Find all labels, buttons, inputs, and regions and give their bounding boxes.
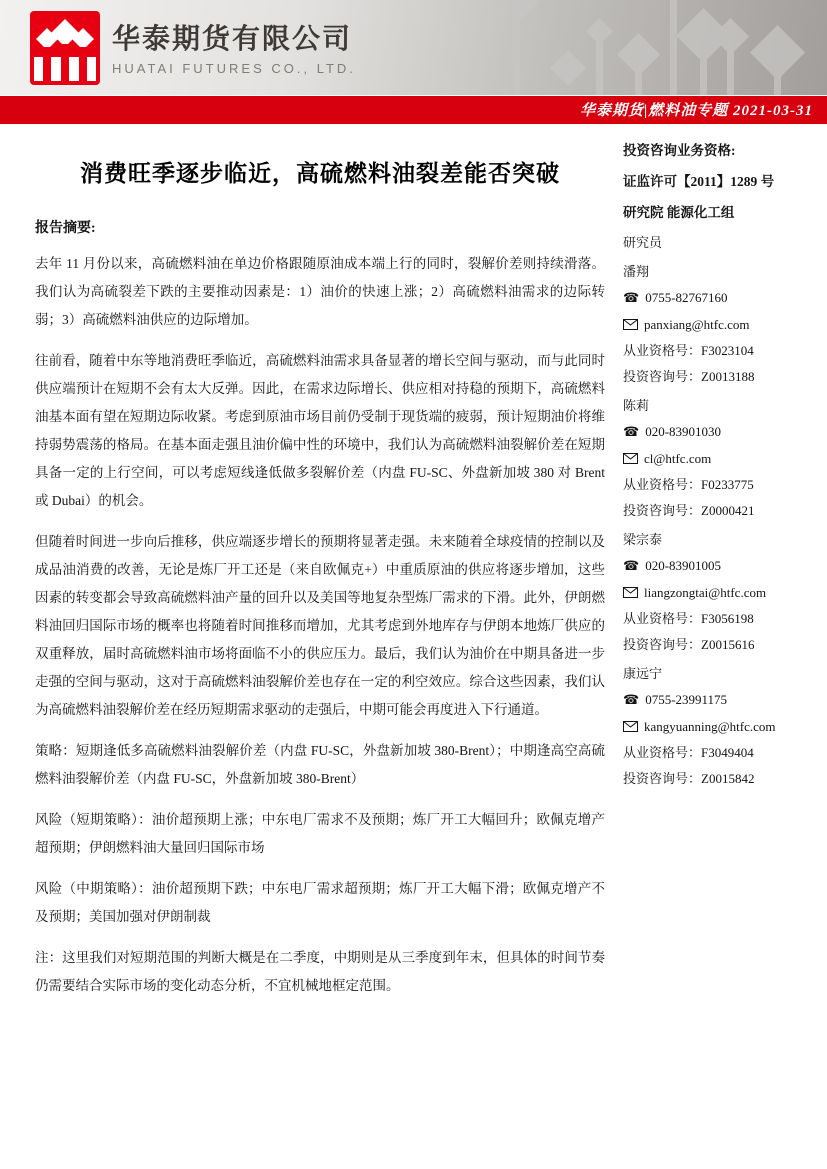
advisory-label: 投资咨询号： bbox=[623, 503, 701, 518]
analyst-phone: ☎0755-82767160 bbox=[623, 290, 810, 307]
analyst-license: 从业资格号：F3023104 bbox=[623, 343, 810, 359]
analyst-email: liangzongtai@htfc.com bbox=[623, 585, 810, 601]
company-name-en: HUATAI FUTURES CO., LTD. bbox=[112, 61, 356, 76]
summary-paragraph: 去年 11 月份以来，高硫燃料油在单边价格跟随原油成本端上行的同时，裂解价差则持… bbox=[35, 250, 605, 334]
analyst-email: kangyuanning@htfc.com bbox=[623, 719, 810, 735]
main-column: 消费旺季逐步临近，高硫燃料油裂差能否突破 报告摘要: 去年 11 月份以来，高硫… bbox=[35, 124, 605, 1000]
analyst-advisory: 投资咨询号：Z0013188 bbox=[623, 369, 810, 385]
summary-label: 报告摘要: bbox=[35, 217, 605, 237]
report-title: 消费旺季逐步临近，高硫燃料油裂差能否突破 bbox=[35, 155, 605, 188]
diamond-pattern-decoration bbox=[487, 0, 827, 95]
analyst-advisory: 投资咨询号：Z0015616 bbox=[623, 637, 810, 653]
advisory-number: Z0015842 bbox=[701, 771, 754, 786]
analyst-advisory: 投资咨询号：Z0000421 bbox=[623, 503, 810, 519]
report-series-banner: 华泰期货|燃料油专题 2021-03-31 bbox=[0, 95, 827, 124]
analyst-phone: ☎020-83901030 bbox=[623, 424, 810, 441]
advisory-label: 投资咨询号： bbox=[623, 637, 701, 652]
license-number: F3049404 bbox=[701, 745, 754, 760]
email-address: cl@htfc.com bbox=[644, 451, 711, 466]
summary-paragraph: 往前看，随着中东等地消费旺季临近，高硫燃料油需求具备显著的增长空间与驱动，而与此… bbox=[35, 347, 605, 515]
research-team: 研究院 能源化工组 bbox=[623, 204, 810, 221]
company-name-block: 华泰期货有限公司 HUATAI FUTURES CO., LTD. bbox=[112, 17, 356, 76]
analyst-phone: ☎0755-23991175 bbox=[623, 692, 810, 709]
license-number: F3023104 bbox=[701, 343, 754, 358]
risk-short-term-paragraph: 风险（短期策略）：油价超预期上涨；中东电厂需求不及预期；炼厂开工大幅回升；欧佩克… bbox=[35, 806, 605, 862]
advisory-number: Z0000421 bbox=[701, 503, 754, 518]
analyst-name: 梁宗泰 bbox=[623, 529, 810, 548]
license-number: F0233775 bbox=[701, 477, 754, 492]
company-logo bbox=[30, 11, 100, 85]
header: 华泰期货有限公司 HUATAI FUTURES CO., LTD. bbox=[0, 0, 827, 95]
analyst-license: 从业资格号：F0233775 bbox=[623, 477, 810, 493]
analyst-name: 康远宁 bbox=[623, 663, 810, 682]
analyst-email: panxiang@htfc.com bbox=[623, 317, 810, 333]
banner-text: 华泰期货|燃料油专题 2021-03-31 bbox=[580, 103, 813, 119]
analyst-license: 从业资格号：F3056198 bbox=[623, 611, 810, 627]
phone-icon: ☎ bbox=[623, 559, 639, 574]
analyst-phone: ☎020-83901005 bbox=[623, 558, 810, 575]
analyst-license: 从业资格号：F3049404 bbox=[623, 745, 810, 761]
qualification-number: 证监许可【2011】1289 号 bbox=[623, 173, 810, 190]
email-icon bbox=[623, 721, 638, 732]
email-icon bbox=[623, 453, 638, 464]
email-address: panxiang@htfc.com bbox=[644, 317, 749, 332]
advisory-label: 投资咨询号： bbox=[623, 771, 701, 786]
license-label: 从业资格号： bbox=[623, 745, 701, 760]
summary-paragraph: 但随着时间进一步向后推移，供应端逐步增长的预期将显著走强。未来随着全球疫情的控制… bbox=[35, 528, 605, 724]
email-address: kangyuanning@htfc.com bbox=[644, 719, 775, 734]
risk-mid-term-paragraph: 风险（中期策略）：油价超预期下跌；中东电厂需求超预期；炼厂开工大幅下滑；欧佩克增… bbox=[35, 875, 605, 931]
phone-number: 0755-23991175 bbox=[645, 692, 727, 707]
analyst-advisory: 投资咨询号：Z0015842 bbox=[623, 771, 810, 787]
researcher-label: 研究员 bbox=[623, 235, 810, 251]
license-label: 从业资格号： bbox=[623, 611, 701, 626]
note-paragraph: 注：这里我们对短期范围的判断大概是在二季度，中期则是从三季度到年末，但具体的时间… bbox=[35, 944, 605, 1000]
strategy-paragraph: 策略：短期逢低多高硫燃料油裂解价差（内盘 FU-SC，外盘新加坡 380-Bre… bbox=[35, 737, 605, 793]
phone-icon: ☎ bbox=[623, 425, 639, 440]
analyst-name: 潘翔 bbox=[623, 261, 810, 280]
content: 消费旺季逐步临近，高硫燃料油裂差能否突破 报告摘要: 去年 11 月份以来，高硫… bbox=[0, 124, 827, 1000]
analyst-name: 陈莉 bbox=[623, 395, 810, 414]
phone-icon: ☎ bbox=[623, 693, 639, 708]
company-name-zh: 华泰期货有限公司 bbox=[112, 17, 356, 57]
huatai-logo-icon bbox=[30, 11, 100, 85]
email-address: liangzongtai@htfc.com bbox=[644, 585, 766, 600]
sidebar: 投资咨询业务资格: 证监许可【2011】1289 号 研究院 能源化工组 研究员… bbox=[623, 124, 810, 1000]
qualification-title: 投资咨询业务资格: bbox=[623, 142, 810, 159]
advisory-label: 投资咨询号： bbox=[623, 369, 701, 384]
email-icon bbox=[623, 587, 638, 598]
report-page: 华泰期货有限公司 HUATAI FUTURES CO., LTD. 华泰期货|燃… bbox=[0, 0, 827, 1169]
license-number: F3056198 bbox=[701, 611, 754, 626]
license-label: 从业资格号： bbox=[623, 477, 701, 492]
phone-number: 0755-82767160 bbox=[645, 290, 727, 305]
email-icon bbox=[623, 319, 638, 330]
phone-icon: ☎ bbox=[623, 291, 639, 306]
phone-number: 020-83901030 bbox=[645, 424, 721, 439]
license-label: 从业资格号： bbox=[623, 343, 701, 358]
phone-number: 020-83901005 bbox=[645, 558, 721, 573]
advisory-number: Z0015616 bbox=[701, 637, 754, 652]
analyst-email: cl@htfc.com bbox=[623, 451, 810, 467]
advisory-number: Z0013188 bbox=[701, 369, 754, 384]
